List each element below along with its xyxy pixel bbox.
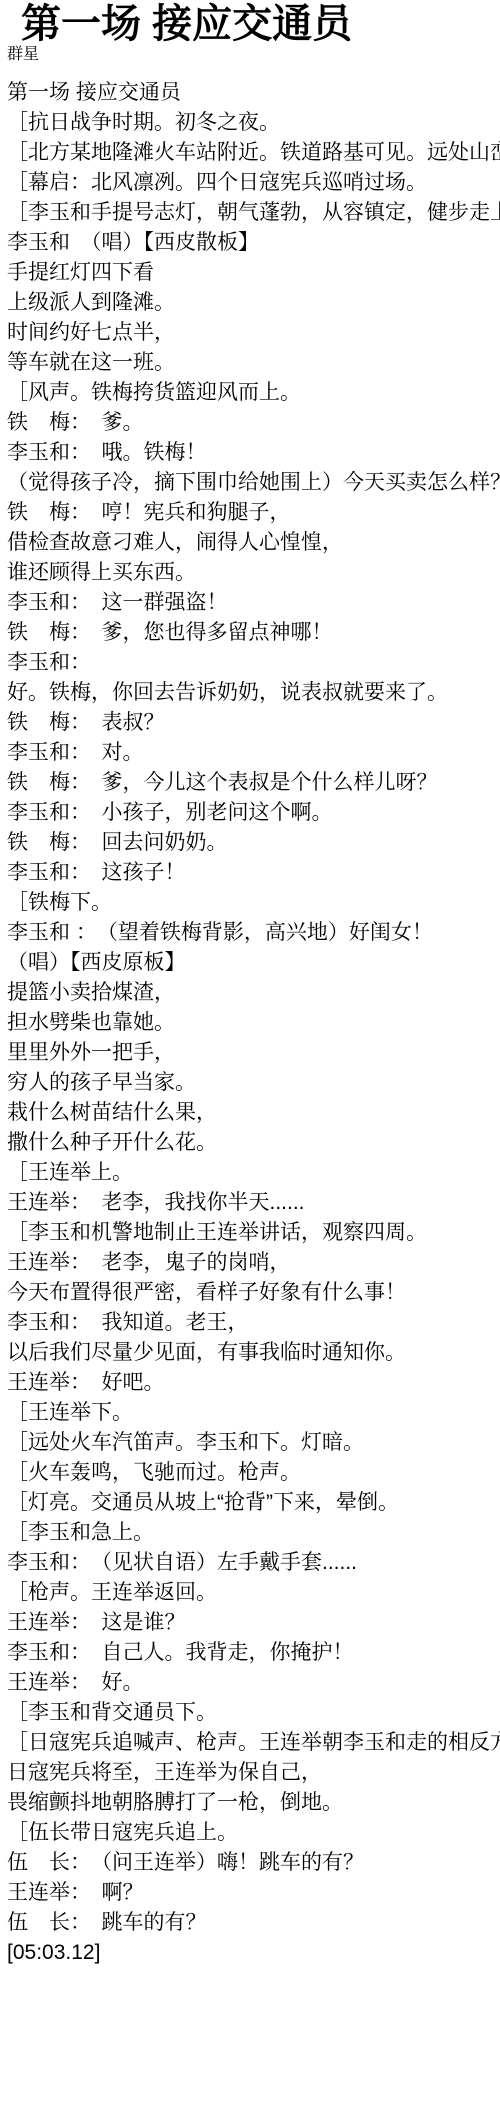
lyric-line: ［李玉和手提号志灯，朝气蓬勃，从容镇定，健步走上。 bbox=[0, 198, 500, 228]
lyric-line: 王连举： 好。 bbox=[0, 1668, 500, 1698]
lyric-line: 李玉和： （见状自语）左手戴手套...... bbox=[0, 1548, 500, 1578]
lyric-line: 栽什么树苗结什么果， bbox=[0, 1098, 500, 1128]
lyric-line: ［枪声。王连举返回。 bbox=[0, 1578, 500, 1608]
lyric-line: 王连举： 好吧。 bbox=[0, 1368, 500, 1398]
lyric-line: 铁 梅： 哼！宪兵和狗腿子， bbox=[0, 498, 500, 528]
lyric-line: 今天布置得很严密，看样子好象有什么事！ bbox=[0, 1278, 500, 1308]
lyric-line: 李玉和 （唱）【西皮散板】 bbox=[0, 228, 500, 258]
lyric-line: 李玉和： 对。 bbox=[0, 738, 500, 768]
lyric-lines: 第一场 接应交通员［抗日战争时期。初冬之夜。［北方某地隆滩火车站附近。铁道路基可… bbox=[0, 78, 500, 1938]
lyric-line: ［北方某地隆滩火车站附近。铁道路基可见。远处山峦起伏。 bbox=[0, 138, 500, 168]
lyrics-page: 第一场 接应交通员 群星 第一场 接应交通员［抗日战争时期。初冬之夜。［北方某地… bbox=[0, 0, 500, 2110]
lyric-line: 李玉和： bbox=[0, 648, 500, 678]
lyric-line: 铁 梅： 爹。 bbox=[0, 408, 500, 438]
lyric-line: 李玉和： 哦。铁梅！ bbox=[0, 438, 500, 468]
page-title: 第一场 接应交通员 bbox=[0, 0, 500, 45]
lyric-line: 等车就在这一班。 bbox=[0, 348, 500, 378]
lyric-line: 李玉和： 我知道。老王， bbox=[0, 1308, 500, 1338]
lyric-line: ［伍长带日寇宪兵追上。 bbox=[0, 1818, 500, 1848]
lyric-line: 铁 梅： 爹，今儿这个表叔是个什么样儿呀？ bbox=[0, 768, 500, 798]
lyric-line: 王连举： 老李，我找你半天...... bbox=[0, 1188, 500, 1218]
lyric-line: ［王连举上。 bbox=[0, 1158, 500, 1188]
lyric-line: 李玉和： 这一群强盗！ bbox=[0, 588, 500, 618]
lyric-line: 畏缩颤抖地朝胳膊打了一枪，倒地。 bbox=[0, 1788, 500, 1818]
lyric-line: ［火车轰鸣，飞驰而过。枪声。 bbox=[0, 1458, 500, 1488]
lyric-line: 借检查故意刁难人，闹得人心惶惶， bbox=[0, 528, 500, 558]
lyric-line: 上级派人到隆滩。 bbox=[0, 288, 500, 318]
lyric-line: 里里外外一把手， bbox=[0, 1038, 500, 1068]
lyric-line: ［风声。铁梅挎货篮迎风而上。 bbox=[0, 378, 500, 408]
timestamp: [05:03.12] bbox=[0, 1938, 500, 1968]
lyric-line: 以后我们尽量少见面，有事我临时通知你。 bbox=[0, 1338, 500, 1368]
lyric-line: 时间约好七点半， bbox=[0, 318, 500, 348]
lyric-line: ［远处火车汽笛声。李玉和下。灯暗。 bbox=[0, 1428, 500, 1458]
lyric-line: （唱）【西皮原板】 bbox=[0, 948, 500, 978]
lyric-line: ［抗日战争时期。初冬之夜。 bbox=[0, 108, 500, 138]
lyric-line: 王连举： 啊？ bbox=[0, 1878, 500, 1908]
lyric-line: ［李玉和急上。 bbox=[0, 1518, 500, 1548]
lyric-line: 伍 长： 跳车的有？ bbox=[0, 1908, 500, 1938]
lyric-line: 王连举： 这是谁？ bbox=[0, 1608, 500, 1638]
lyric-line: ［灯亮。交通员从坡上“抢背”下来，晕倒。 bbox=[0, 1488, 500, 1518]
lyric-line: 李玉和 ： （望着铁梅背影，高兴地）好闺女！ bbox=[0, 918, 500, 948]
lyric-line: ［日寇宪兵追喊声、枪声。王连举朝李玉和走的相反方向跑下。 bbox=[0, 1728, 500, 1758]
lyric-line: ［李玉和背交通员下。 bbox=[0, 1698, 500, 1728]
lyric-line: （觉得孩子冷，摘下围巾给她围上）今天买卖怎么样？ bbox=[0, 468, 500, 498]
lyric-line: ［李玉和机警地制止王连举讲话，观察四周。 bbox=[0, 1218, 500, 1248]
lyric-line: 担水劈柴也靠她。 bbox=[0, 1008, 500, 1038]
lyric-line: 好。铁梅，你回去告诉奶奶，说表叔就要来了。 bbox=[0, 678, 500, 708]
lyric-line: 铁 梅： 爹，您也得多留点神哪！ bbox=[0, 618, 500, 648]
lyric-line: 李玉和： 这孩子！ bbox=[0, 858, 500, 888]
lyric-line: 伍 长： （问王连举）嗨！跳车的有？ bbox=[0, 1848, 500, 1878]
lyric-line: 王连举： 老李，鬼子的岗哨， bbox=[0, 1248, 500, 1278]
lyric-line: 铁 梅： 回去问奶奶。 bbox=[0, 828, 500, 858]
lyric-line: ［王连举下。 bbox=[0, 1398, 500, 1428]
lyric-line: 提篮小卖拾煤渣， bbox=[0, 978, 500, 1008]
artist-name: 群星 bbox=[0, 45, 500, 65]
lyric-line: 铁 梅： 表叔？ bbox=[0, 708, 500, 738]
lyric-line: 第一场 接应交通员 bbox=[0, 78, 500, 108]
lyric-line: ［幕启：北风凛冽。四个日寇宪兵巡哨过场。 bbox=[0, 168, 500, 198]
lyric-line: 手提红灯四下看 bbox=[0, 258, 500, 288]
lyric-line: ［铁梅下。 bbox=[0, 888, 500, 918]
lyric-line: 日寇宪兵将至，王连举为保自己， bbox=[0, 1758, 500, 1788]
lyric-line: 李玉和： 自己人。我背走，你掩护！ bbox=[0, 1638, 500, 1668]
lyric-line: 李玉和： 小孩子，别老问这个啊。 bbox=[0, 798, 500, 828]
lyric-line: 谁还顾得上买东西。 bbox=[0, 558, 500, 588]
lyric-line: 穷人的孩子早当家。 bbox=[0, 1068, 500, 1098]
lyric-line: 撒什么种子开什么花。 bbox=[0, 1128, 500, 1158]
